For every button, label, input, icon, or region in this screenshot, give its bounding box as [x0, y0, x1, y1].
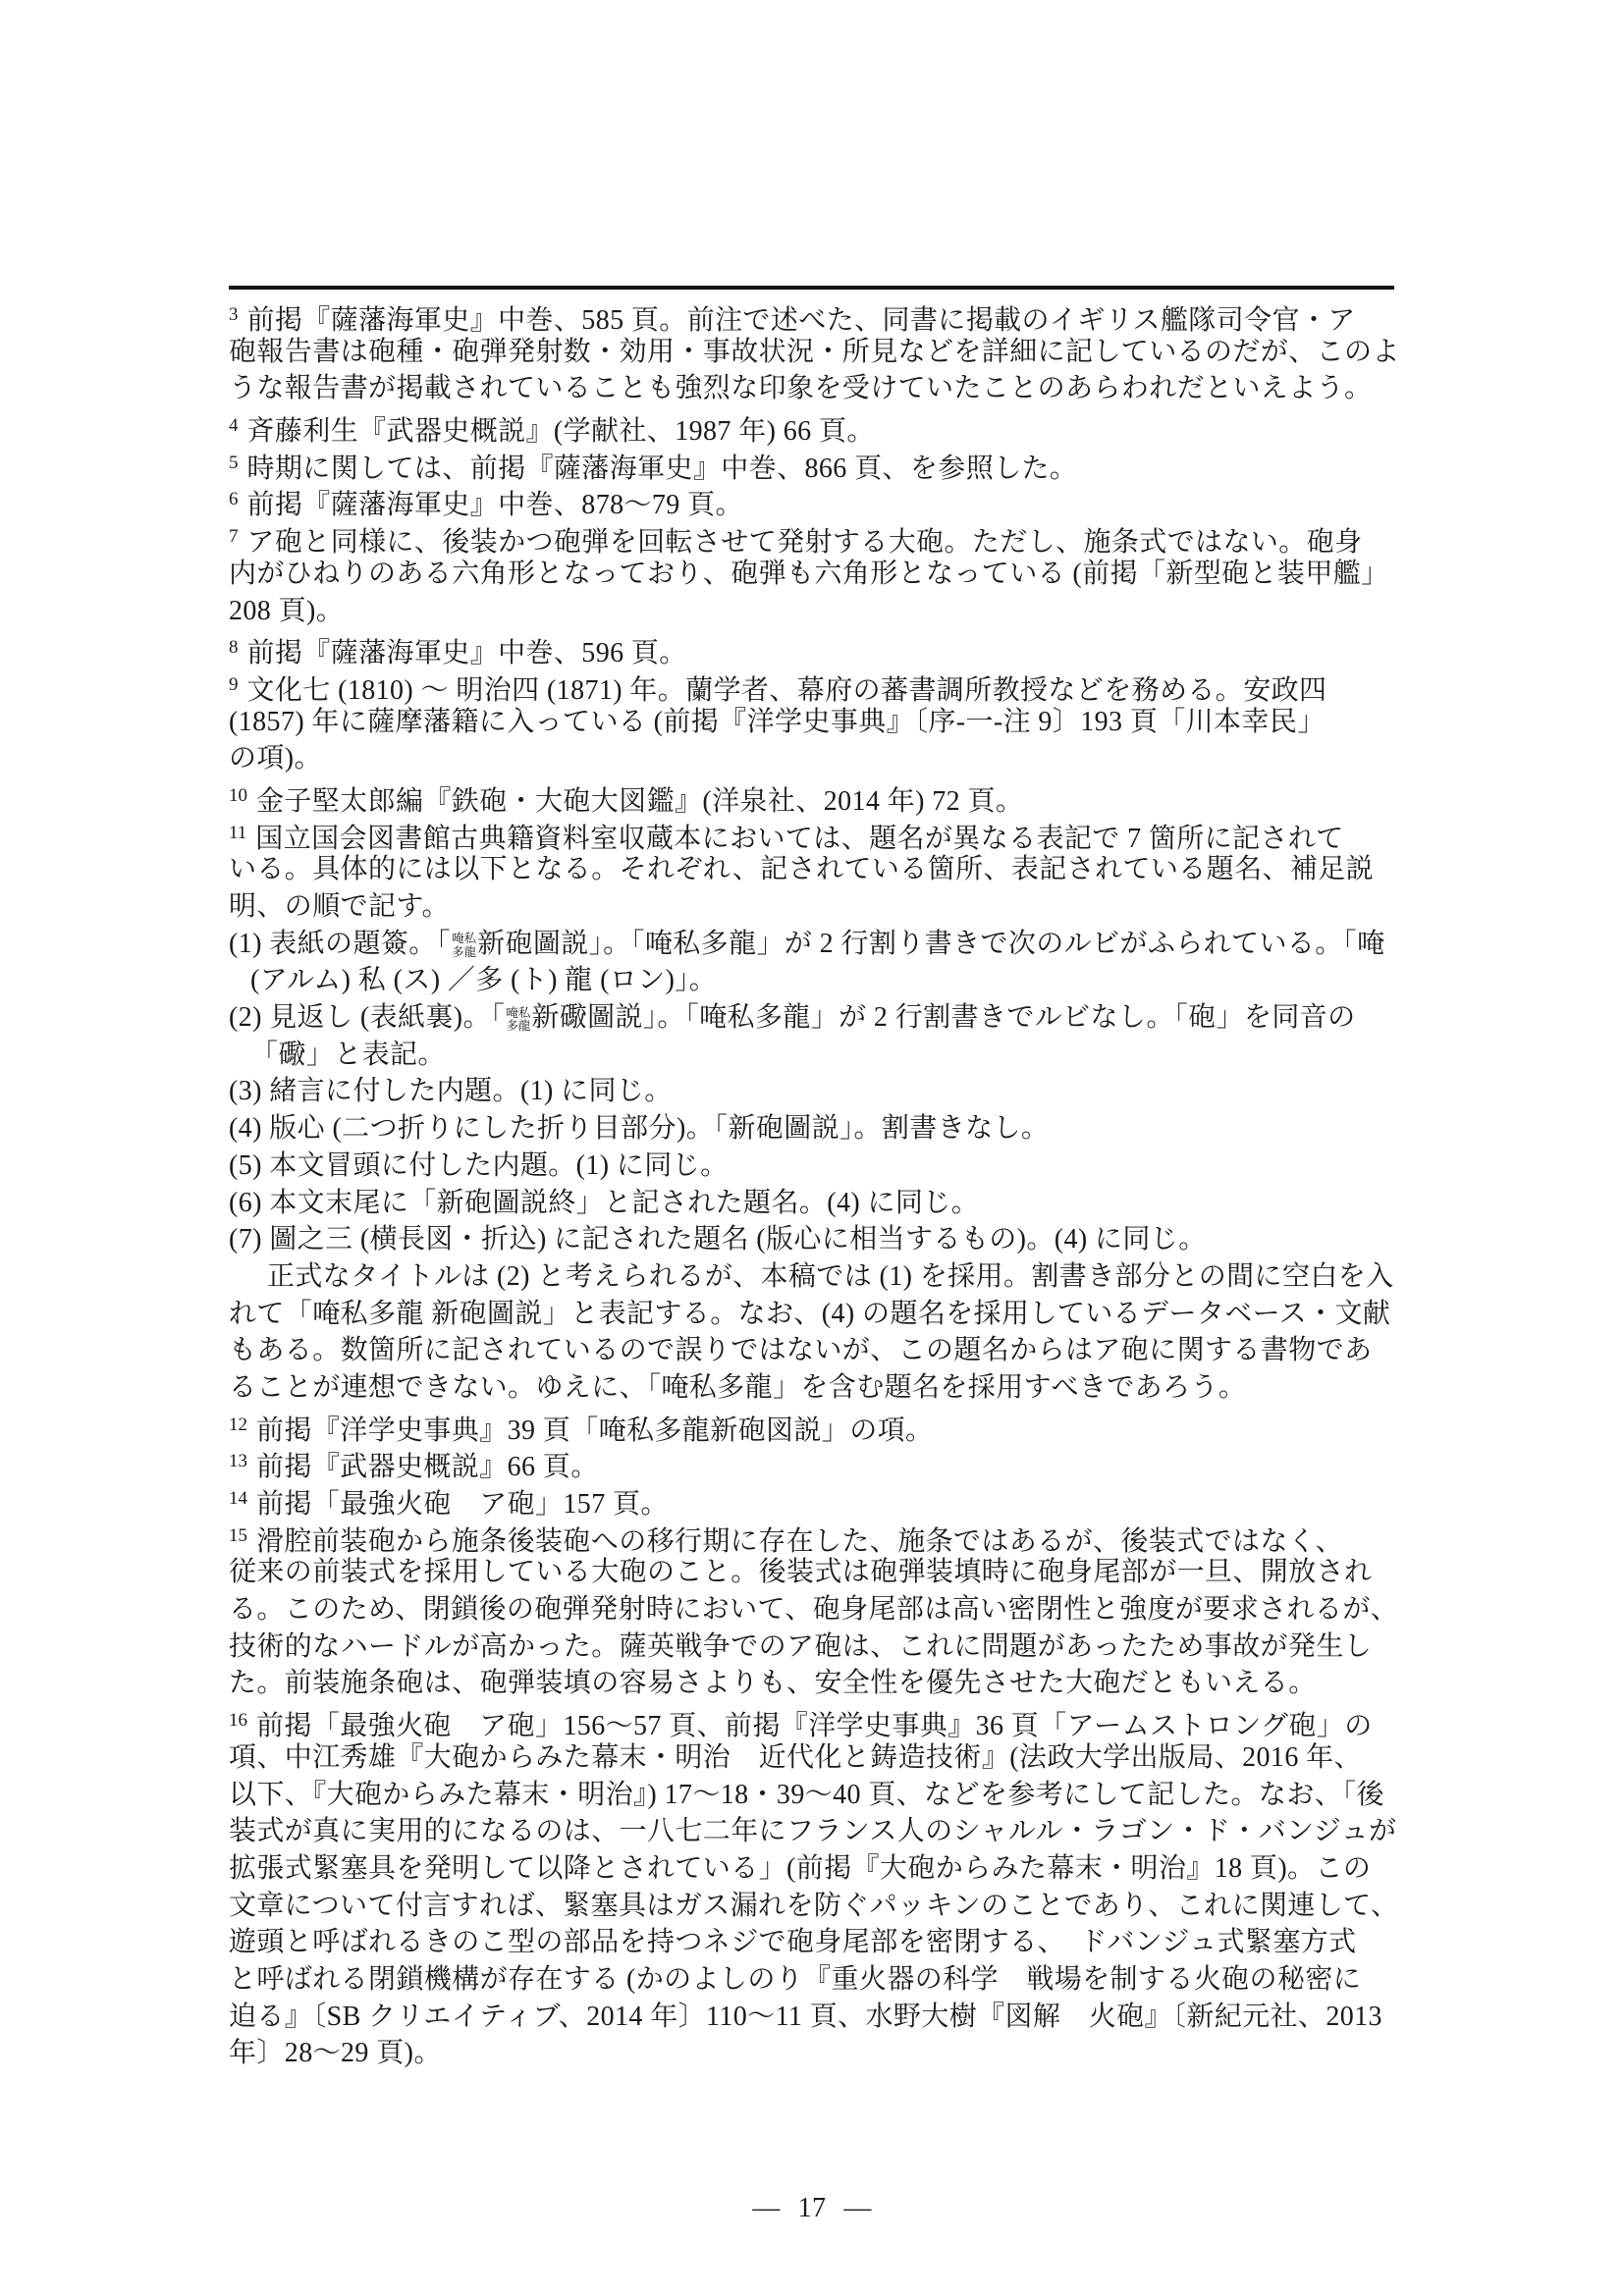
footnote-line: いる。具体的には以下となる。それぞれ、記されている箇所、表記されている題名、補足… [229, 851, 1394, 888]
page-footer: ―17― [0, 2193, 1624, 2224]
footnote-number-marker: 7 [229, 526, 239, 547]
footnote-separator-rule [229, 286, 1394, 290]
document-page: { "footnotes": { "lines": [ {"segs":[{"s… [0, 0, 1624, 2296]
footnote-text: 新砲圖説」。「唵私多龍」が 2 行割り書きで次のルビがふられている。「唵 [477, 929, 1384, 959]
footnotes-section: 3前掲『薩藩海軍史』中巻、585 頁。前注で述べた、同書に掲載のイギリス艦隊司令… [229, 286, 1394, 2072]
footnote-line: 従来の前装式を採用している大砲のこと。後装式は砲弾装填時に砲身尾部が一旦、開放さ… [229, 1554, 1394, 1591]
footnote-text: 滑腔前装砲から施条後装砲への移行期に存在した、施条ではあるが、後装式ではなく、 [256, 1526, 1343, 1557]
footnote-number-marker: 11 [229, 823, 246, 843]
footnote-text: 迫る』〔SB クリエイティブ、2014 年〕110〜11 頁、水野大樹『図解 火… [229, 2002, 1382, 2032]
footnote-line: (6) 本文末尾に「新砲圖説終」と記された題名。(4) に同じ。 [229, 1185, 1394, 1222]
footnote-line: 208 頁)。 [229, 593, 1394, 630]
footnote-line: 以下、『大砲からみた幕末・明治』) 17〜18・39〜40 頁、などを参考にして… [229, 1777, 1394, 1814]
footnote-text: 項、中江秀雄『大砲からみた幕末・明治 近代化と鋳造技術』(法政大学出版局、201… [229, 1742, 1362, 1773]
footnote-line: 5時期に関しては、前掲『薩藩海軍史』中巻、866 頁、を参照した。 [229, 445, 1394, 482]
footnote-number-marker: 6 [229, 489, 239, 509]
footnote-text: 「礮」と表記。 [250, 1040, 446, 1070]
footnote-line: 項、中江秀雄『大砲からみた幕末・明治 近代化と鋳造技術』(法政大学出版局、201… [229, 1739, 1394, 1777]
footnote-number-marker: 8 [229, 637, 239, 658]
footnote-text: 従来の前装式を採用している大砲のこと。後装式は砲弾装填時に砲身尾部が一旦、開放さ… [229, 1557, 1372, 1587]
warichu-inline-annotation: 唵私多龍 [452, 933, 476, 959]
footnote-line: 迫る』〔SB クリエイティブ、2014 年〕110〜11 頁、水野大樹『図解 火… [229, 1999, 1394, 2036]
footnote-line: 16前掲「最強火砲 ア砲」156〜57 頁、前掲『洋学史事典』36 頁「アームス… [229, 1702, 1394, 1739]
footnote-line: ることが連想できない。ゆえに、「唵私多龍」を含む題名を採用すべきであろう。 [229, 1369, 1394, 1407]
footnote-text: (1857) 年に薩摩藩籍に入っている (前掲『洋学史事典』〔序-一-注 9〕1… [229, 707, 1326, 737]
footnote-line: 文章について付言すれば、緊塞具はガス漏れを防ぐパッキンのことであり、これに関連し… [229, 1888, 1394, 1925]
footnote-line: (5) 本文冒頭に付した内題。(1) に同じ。 [229, 1148, 1394, 1185]
footnote-line: もある。数箇所に記されているので誤りではないが、この題名からはア砲に関する書物で… [229, 1332, 1394, 1369]
footnote-line: 拡張式緊塞具を発明して以降とされている」(前掲『大砲からみた幕末・明治』18 頁… [229, 1850, 1394, 1888]
footnote-text: ることが連想できない。ゆえに、「唵私多龍」を含む題名を採用すべきであろう。 [229, 1372, 1246, 1403]
footnote-text: (4) 版心 (二つ折りにした折り目部分)。「新砲圖説」。割書きなし。 [229, 1113, 1049, 1144]
footnote-line: 15滑腔前装砲から施条後装砲への移行期に存在した、施条ではあるが、後装式ではなく… [229, 1518, 1394, 1555]
footnote-text: 砲報告書は砲種・砲弾発射数・効用・事故状況・所見などを詳細に記しているのだが、こ… [229, 337, 1400, 367]
footnote-text: (アルム) 私 (ス) ／多 (ト) 龍 (ロン)」。 [250, 965, 717, 995]
footnote-text: (5) 本文冒頭に付した内題。(1) に同じ。 [229, 1150, 729, 1181]
footnote-text: 年〕28〜29 頁)。 [229, 2038, 442, 2068]
footnote-line: 11国立国会図書館古典籍資料室収蔵本においては、題名が異なる表記で 7 箇所に記… [229, 815, 1394, 852]
footnote-text: 技術的なハードルが高かった。薩英戦争でのア砲は、これに問題があったため事故が発生… [229, 1631, 1372, 1662]
footnote-text: 金子堅太郎編『鉄砲・大砲大図鑑』(洋泉社、2014 年) 72 頁。 [256, 786, 1023, 817]
footnote-text: 前掲『薩藩海軍史』中巻、878〜79 頁。 [247, 490, 743, 520]
footnote-number-marker: 12 [229, 1415, 247, 1435]
footnote-text: 文章について付言すれば、緊塞具はガス漏れを防ぐパッキンのことであり、これに関連し… [229, 1891, 1398, 1921]
footnote-text: れて「唵私多龍 新砲圖説」と表記する。なお、(4) の題名を採用しているデータベ… [229, 1299, 1390, 1329]
footnote-text: 装式が真に実用的になるのは、一八七二年にフランス人のシャルル・ラゴン・ド・バンジ… [229, 1816, 1396, 1846]
footnote-text: 前掲『武器史概説』66 頁。 [256, 1452, 599, 1482]
footnote-number-marker: 4 [229, 415, 239, 436]
footnote-text: 文化七 (1810) 〜 明治四 (1871) 年。蘭学者、幕府の蕃書調所教授な… [247, 675, 1327, 706]
footnote-text: 前掲『洋学史事典』39 頁「唵私多龍新砲図説」の項。 [256, 1415, 933, 1446]
footnote-line: 6前掲『薩藩海軍史』中巻、878〜79 頁。 [229, 481, 1394, 518]
warichu-row: 多龍 [452, 946, 476, 960]
footnote-line: (7) 圖之三 (横長図・折込) に記された題名 (版心に相当するもの)。(4)… [229, 1221, 1394, 1258]
footnote-number-marker: 13 [229, 1451, 247, 1471]
footnote-text: 新礮圖説」。「唵私多龍」が 2 行割書きでルビなし。「砲」を同音の [531, 1002, 1355, 1033]
footnote-text: (6) 本文末尾に「新砲圖説終」と記された題名。(4) に同じ。 [229, 1188, 979, 1218]
footnote-line: うな報告書が掲載されていることも強烈な印象を受けていたことのあらわれだといえよう… [229, 370, 1394, 407]
footnote-line: (1857) 年に薩摩藩籍に入っている (前掲『洋学史事典』〔序-一-注 9〕1… [229, 704, 1394, 741]
footnote-number-marker: 3 [229, 304, 239, 325]
footnote-text: 前掲「最強火砲 ア砲」157 頁。 [256, 1489, 669, 1520]
footnote-text: た。前装施条砲は、砲弾装填の容易さよりも、安全性を優先させた大砲だともいえる。 [229, 1668, 1317, 1698]
footnote-line: 14前掲「最強火砲 ア砲」157 頁。 [229, 1480, 1394, 1518]
footnote-line: 装式が真に実用的になるのは、一八七二年にフランス人のシャルル・ラゴン・ド・バンジ… [229, 1813, 1394, 1850]
footnote-text: 拡張式緊塞具を発明して以降とされている」(前掲『大砲からみた幕末・明治』18 頁… [229, 1853, 1371, 1884]
warichu-row: 唵私 [452, 933, 476, 946]
footnote-line: (4) 版心 (二つ折りにした折り目部分)。「新砲圖説」。割書きなし。 [229, 1110, 1394, 1148]
footnote-text: る。このため、閉鎖後の砲弾発射時において、砲身尾部は高い密閉性と強度が要求される… [229, 1594, 1398, 1625]
footnote-line: 内がひねりのある六角形となっており、砲弾も六角形となっている (前掲「新型砲と装… [229, 556, 1394, 593]
footnote-text: 以下、『大砲からみた幕末・明治』) 17〜18・39〜40 頁、などを参考にして… [229, 1780, 1384, 1810]
footnote-line: (アルム) 私 (ス) ／多 (ト) 龍 (ロン)」。 [229, 962, 1394, 999]
footnote-text: ア砲と同様に、後装かつ砲弾を回転させて発射する大砲。ただし、施条式ではない。砲身 [247, 527, 1363, 558]
footnote-text: うな報告書が掲載されていることも強烈な印象を受けていたことのあらわれだといえよう… [229, 373, 1372, 403]
footnote-line: 3前掲『薩藩海軍史』中巻、585 頁。前注で述べた、同書に掲載のイギリス艦隊司令… [229, 296, 1394, 334]
page-number: 17 [798, 2193, 827, 2223]
footnote-line: の項)。 [229, 740, 1394, 777]
footnote-number-marker: 14 [229, 1488, 247, 1509]
footer-dash-right: ― [843, 2193, 871, 2223]
footnote-line: る。このため、閉鎖後の砲弾発射時において、砲身尾部は高い密閉性と強度が要求される… [229, 1591, 1394, 1629]
footnote-text: と呼ばれる閉鎖機構が存在する (かのよしのり『重火器の科学 戦場を制する火砲の秘… [229, 1964, 1361, 1995]
footnote-line: 12前掲『洋学史事典』39 頁「唵私多龍新砲図説」の項。 [229, 1407, 1394, 1444]
footnote-text: (1) 表紙の題簽。「 [229, 929, 451, 959]
footnote-lines: 3前掲『薩藩海軍史』中巻、585 頁。前注で述べた、同書に掲載のイギリス艦隊司令… [229, 296, 1394, 2072]
footnote-line: (3) 緒言に付した内題。(1) に同じ。 [229, 1073, 1394, 1110]
footnote-line: 「礮」と表記。 [229, 1037, 1394, 1074]
footnote-number-marker: 5 [229, 453, 239, 473]
footnote-line: 10金子堅太郎編『鉄砲・大砲大図鑑』(洋泉社、2014 年) 72 頁。 [229, 777, 1394, 815]
warichu-inline-annotation: 唵私多龍 [506, 1007, 530, 1034]
footnote-line: 年〕28〜29 頁)。 [229, 2035, 1394, 2072]
footnote-number-marker: 16 [229, 1710, 247, 1731]
footnote-text: 208 頁)。 [229, 596, 344, 626]
footnote-text: 前掲『薩藩海軍史』中巻、585 頁。前注で述べた、同書に掲載のイギリス艦隊司令官… [247, 305, 1356, 336]
footnote-line: 13前掲『武器史概説』66 頁。 [229, 1443, 1394, 1480]
footnote-line: 7ア砲と同様に、後装かつ砲弾を回転させて発射する大砲。ただし、施条式ではない。砲… [229, 518, 1394, 556]
footnote-text: 国立国会図書館古典籍資料室収蔵本においては、題名が異なる表記で 7 箇所に記され… [255, 824, 1343, 854]
footnote-text: (7) 圖之三 (横長図・折込) に記された題名 (版心に相当するもの)。(4)… [229, 1224, 1207, 1255]
warichu-row: 多龍 [506, 1020, 530, 1034]
footnote-text: もある。数箇所に記されているので誤りではないが、この題名からはア砲に関する書物で… [229, 1335, 1372, 1365]
footnote-line: 砲報告書は砲種・砲弾発射数・効用・事故状況・所見などを詳細に記しているのだが、こ… [229, 334, 1394, 371]
footnote-text: 内がひねりのある六角形となっており、砲弾も六角形となっている (前掲「新型砲と装… [229, 559, 1389, 589]
footnote-number-marker: 15 [229, 1525, 247, 1546]
footer-dash-left: ― [752, 2193, 780, 2223]
footnote-line: (1) 表紙の題簽。「唵私多龍新砲圖説」。「唵私多龍」が 2 行割り書きで次のル… [229, 926, 1394, 963]
footnote-text: 前掲「最強火砲 ア砲」156〜57 頁、前掲『洋学史事典』36 頁「アームストロ… [256, 1711, 1373, 1741]
footnote-line: 4斉藤利生『武器史概説』(学献社、1987 年) 66 頁。 [229, 407, 1394, 445]
footnote-text: 遊頭と呼ばれるきのこ型の部品を持つネジで砲身尾部を密閉する、 ドバンジュ式緊塞方… [229, 1927, 1357, 1957]
footnote-text: (3) 緒言に付した内題。(1) に同じ。 [229, 1076, 673, 1106]
footnote-number-marker: 10 [229, 785, 247, 806]
footnote-line: と呼ばれる閉鎖機構が存在する (かのよしのり『重火器の科学 戦場を制する火砲の秘… [229, 1961, 1394, 1999]
footnote-line: 明、の順で記す。 [229, 888, 1394, 926]
footnote-line: 遊頭と呼ばれるきのこ型の部品を持つネジで砲身尾部を密閉する、 ドバンジュ式緊塞方… [229, 1924, 1394, 1961]
footnote-line: た。前装施条砲は、砲弾装填の容易さよりも、安全性を優先させた大砲だともいえる。 [229, 1665, 1394, 1702]
footnote-line: (2) 見返し (表紙裏)。「唵私多龍新礮圖説」。「唵私多龍」が 2 行割書きで… [229, 999, 1394, 1037]
footnote-text: 前掲『薩藩海軍史』中巻、596 頁。 [247, 638, 687, 668]
footnote-text: 斉藤利生『武器史概説』(学献社、1987 年) 66 頁。 [247, 416, 875, 447]
footnote-line: 8前掲『薩藩海軍史』中巻、596 頁。 [229, 629, 1394, 667]
footnote-text: 明、の順で記す。 [229, 891, 450, 922]
footnote-text: (2) 見返し (表紙裏)。「 [229, 1002, 505, 1033]
footnote-line: 正式なタイトルは (2) と考えられるが、本稿では (1) を採用。割書き部分と… [229, 1258, 1394, 1296]
footnote-line: れて「唵私多龍 新砲圖説」と表記する。なお、(4) の題名を採用しているデータベ… [229, 1296, 1394, 1333]
footnote-text: 時期に関しては、前掲『薩藩海軍史』中巻、866 頁、を参照した。 [247, 454, 1078, 484]
footnote-text: いる。具体的には以下となる。それぞれ、記されている箇所、表記されている題名、補足… [229, 854, 1374, 884]
footnote-line: 技術的なハードルが高かった。薩英戦争でのア砲は、これに問題があったため事故が発生… [229, 1629, 1394, 1666]
footnote-line: 9文化七 (1810) 〜 明治四 (1871) 年。蘭学者、幕府の蕃書調所教授… [229, 667, 1394, 704]
footnote-text: 正式なタイトルは (2) と考えられるが、本稿では (1) を採用。割書き部分と… [267, 1261, 1394, 1292]
footnote-text: の項)。 [229, 743, 322, 774]
footnote-number-marker: 9 [229, 674, 239, 695]
